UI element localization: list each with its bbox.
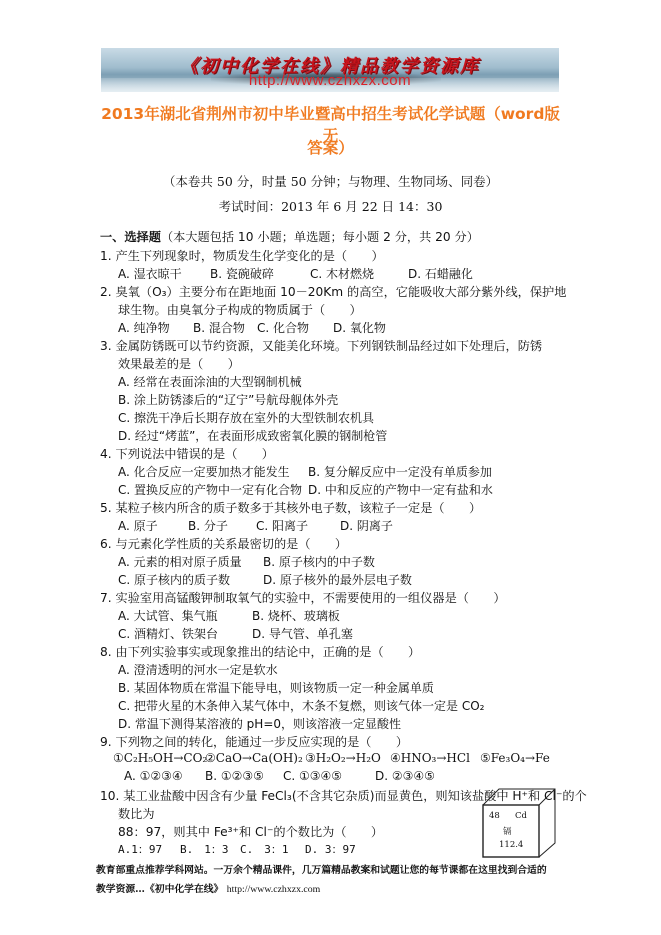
document-title-line2: 答案）	[95, 136, 566, 158]
question-9-option-a: A. ①②③④	[124, 769, 183, 783]
question-7-stem: 7. 实验室用高锰酸钾制取氧气的实验中，不需要使用的一组仪器是（ ）	[100, 589, 506, 606]
question-2-option-c: C. 化合物	[257, 319, 309, 336]
question-9-option-c: C. ①③④⑤	[283, 769, 342, 783]
footer-promo-line1: 教育部重点推荐学科网站。一万余个精品课件，几万篇精品教案和试题让您的每节课都在这…	[96, 862, 547, 876]
question-6-stem: 6. 与元素化学性质的关系最密切的是（ ）	[100, 535, 347, 552]
question-10-option-c: C. 3：1	[240, 841, 289, 857]
question-1-stem: 1. 产生下列现象时，物质发生化学变化的是（ ）	[100, 247, 384, 264]
banner-url: http://www.czhxzx.com	[101, 72, 559, 89]
question-2-option-a: A. 纯净物	[118, 319, 170, 336]
question-5-option-d: D. 阴离子	[340, 517, 393, 534]
question-8-stem: 8. 由下列实验事实或现象推出的结论中，正确的是（ ）	[100, 643, 420, 660]
question-6-option-c: C. 原子核内的质子数	[118, 571, 230, 588]
question-3-option-a: A. 经常在表面涂油的大型钢制机械	[118, 373, 302, 390]
question-8-option-d: D. 常温下测得某溶液的 pH=0，则该溶液一定显酸性	[118, 715, 401, 732]
question-3-option-d: D. 经过“烤蓝”，在表面形成致密氧化膜的钢制枪管	[118, 427, 387, 444]
question-5-option-c: C. 阳离子	[256, 517, 308, 534]
question-1-option-a: A. 湿衣晾干	[118, 265, 182, 282]
question-10-stem-ratio: 88：97，则其中 Fe³⁺和 Cl⁻的个数比为（ ）	[118, 823, 383, 840]
question-4-option-a: A. 化合反应一定要加热才能发生	[118, 463, 290, 480]
question-4-stem: 4. 下列说法中错误的是（ ）	[100, 445, 274, 462]
exam-subtitle: （本卷共 50 分，时量 50 分钟；与物理、生物同场、同卷）	[95, 172, 566, 190]
question-7-option-a: A. 大试管、集气瓶	[118, 607, 218, 624]
element-symbol: Cd	[515, 811, 527, 821]
question-10-option-b: B. 1：3	[180, 841, 229, 857]
question-1-option-d: D. 石蜡融化	[408, 265, 473, 282]
footer-site-name: 教学资源…《初中化学在线》	[96, 884, 223, 895]
question-4-option-b: B. 复分解反应中一定没有单质参加	[308, 463, 492, 480]
footer-url-link[interactable]: http://www.czhxzx.com	[227, 884, 321, 895]
question-9-conversion-5: ⑤Fe₃O₄→Fe	[480, 751, 550, 765]
question-5-option-b: B. 分子	[188, 517, 228, 534]
question-9-conversion-3: ③H₂O₂→H₂O	[305, 751, 381, 765]
question-2-stem: 2. 臭氧（O₃）主要分布在距地面 10－20Km 的高空，它能吸收大部分紫外线…	[100, 283, 566, 300]
question-3-option-b: B. 涂上防锈漆后的“辽宁”号航母舰体外壳	[118, 391, 338, 408]
question-6-option-b: B. 原子核内的中子数	[263, 553, 375, 570]
question-7-option-c: C. 酒精灯、铁架台	[118, 625, 218, 642]
element-mass: 112.4	[499, 840, 523, 850]
question-10-option-a: A.1：97	[118, 841, 162, 857]
question-7-option-d: D. 导气管、单孔塞	[252, 625, 353, 642]
question-6-option-a: A. 元素的相对原子质量	[118, 553, 242, 570]
question-5-stem: 5. 某粒子核内所含的质子数多于其核外电子数，该粒子一定是（ ）	[100, 499, 481, 516]
element-number: 48	[489, 811, 500, 821]
question-3-option-c: C. 擦洗干净后长期存放在室外的大型铁制农机具	[118, 409, 374, 426]
question-2-option-d: D. 氧化物	[333, 319, 386, 336]
exam-time: 考试时间：2013 年 6 月 22 日 14：30	[95, 197, 566, 215]
question-4-option-c: C. 置换反应的产物中一定有化合物	[118, 481, 302, 498]
question-2-stem-cont: 球生物。由臭氧分子构成的物质属于（ ）	[118, 301, 362, 318]
question-1-option-b: B. 瓷碗破碎	[210, 265, 274, 282]
section-note: （本大题包括 10 小题；单选题；每小题 2 分，共 20 分）	[161, 230, 479, 244]
question-4-option-d: D. 中和反应的产物中一定有盐和水	[308, 481, 493, 498]
question-9-option-b: B. ①②③⑤	[205, 769, 264, 783]
question-1-option-c: C. 木材燃烧	[310, 265, 374, 282]
element-name: 镉	[503, 825, 512, 837]
element-card-cadmium: 48 Cd 镉 112.4	[483, 801, 547, 857]
section-heading: 一、选择题	[100, 230, 161, 244]
question-6-option-d: D. 原子核外的最外层电子数	[263, 571, 412, 588]
question-9-stem: 9. 下列物之间的转化，能通过一步反应实现的是（ ）	[100, 733, 408, 750]
question-5-option-a: A. 原子	[118, 517, 158, 534]
question-8-option-a: A. 澄清透明的河水一定是软水	[118, 661, 278, 678]
question-9-option-d: D. ②③④⑤	[375, 769, 435, 783]
banner-image: 《初中化学在线》精品教学资源库 http://www.czhxzx.com	[101, 48, 559, 92]
question-10-option-d: D. 3：97	[305, 841, 356, 857]
section-heading-row: 一、选择题（本大题包括 10 小题；单选题；每小题 2 分，共 20 分）	[100, 228, 479, 245]
footer-promo-line2: 教学资源…《初中化学在线》 http://www.czhxzx.com	[96, 881, 320, 895]
question-8-option-c: C. 把带火星的木条伸入某气体中，木条不复燃，则该气体一定是 CO₂	[118, 697, 484, 714]
question-9-conversion-1: ①C₂H₅OH→CO₂	[113, 751, 207, 765]
question-3-stem-cont: 效果最差的是（ ）	[118, 355, 240, 372]
question-10-stem-cont: 数比为	[118, 805, 155, 822]
question-9-conversion-4: ④HNO₃→HCl	[390, 751, 470, 765]
question-8-option-b: B. 某固体物质在常温下能导电，则该物质一定一种金属单质	[118, 679, 434, 696]
question-2-option-b: B. 混合物	[193, 319, 245, 336]
question-3-stem: 3. 金属防锈既可以节约资源，又能美化环境。下列钢铁制品经过如下处理后，防锈	[100, 337, 542, 354]
question-7-option-b: B. 烧杯、玻璃板	[252, 607, 340, 624]
question-9-conversion-2: ②CaO→Ca(OH)₂	[205, 751, 303, 765]
